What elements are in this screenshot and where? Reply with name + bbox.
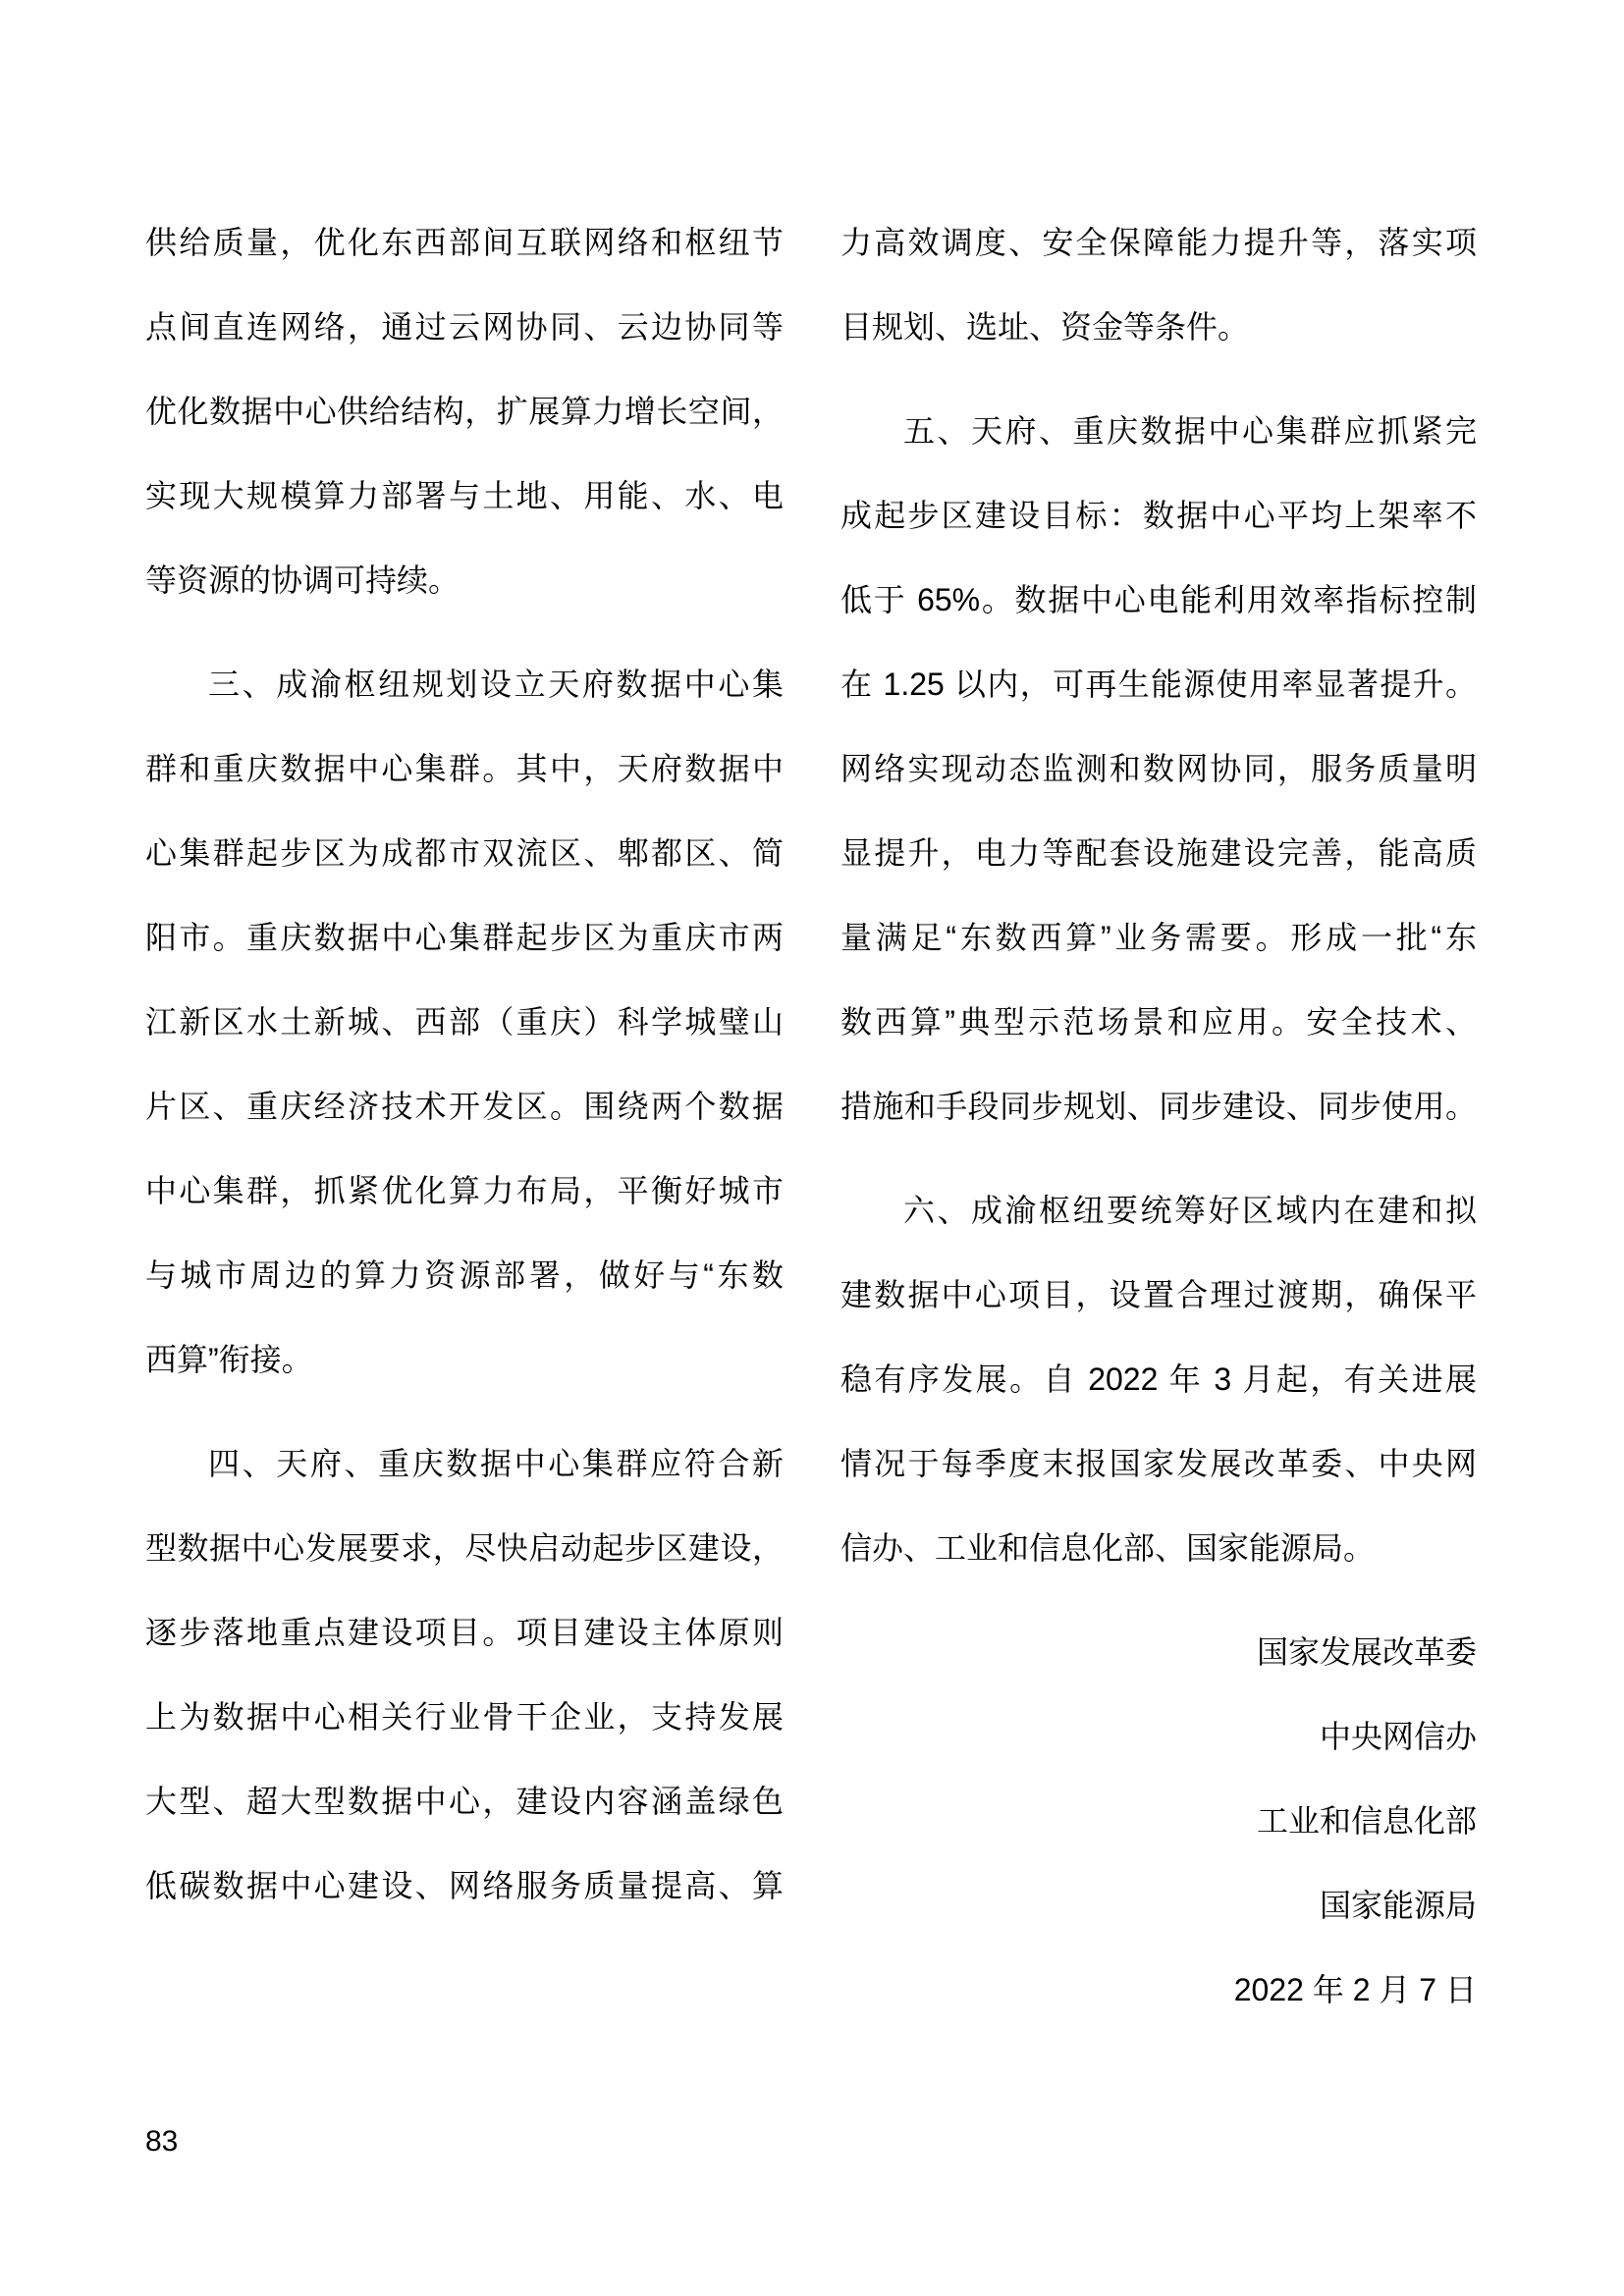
document-text-line: 信办、工业和信息化部、国家能源局。 — [840, 1506, 1477, 1590]
document-text-line: 片区、重庆经济技术开发区。围绕两个数据 — [145, 1064, 784, 1148]
document-text-line: 群和重庆数据中心集群。其中，天府数据中 — [145, 726, 784, 811]
document-text-line: 四、天府、重庆数据中心集群应符合新 — [145, 1421, 784, 1506]
document-text-line: 中心集群，抓紧优化算力布局，平衡好城市 — [145, 1148, 784, 1233]
right-text-column: 力高效调度、安全保障能力提升等，落实项目规划、选址、资金等条件。五、天府、重庆数… — [840, 200, 1477, 2032]
document-text-line: 网络实现动态监测和数网协同，服务质量明 — [840, 726, 1477, 811]
document-text-line: 力高效调度、安全保障能力提升等，落实项 — [840, 200, 1477, 285]
document-text-line: 建数据中心项目，设置合理过渡期，确保平 — [840, 1253, 1477, 1337]
document-text-line: 在 1.25 以内，可再生能源使用率显著提升。 — [840, 642, 1477, 726]
document-text-line: 措施和手段同步规划、同步建设、同步使用。 — [840, 1064, 1477, 1148]
date-line: 2022 年 2 月 7 日 — [840, 1948, 1477, 2032]
document-text-line: 西算”衔接。 — [145, 1317, 784, 1402]
document-text-line: 成起步区建设目标：数据中心平均上架率不 — [840, 473, 1477, 558]
document-text-line: 数西算”典型示范场景和应用。安全技术、 — [840, 980, 1477, 1064]
document-text-line: 点间直连网络，通过云网协同、云边协同等 — [145, 285, 784, 369]
document-text-line: 大型、超大型数据中心，建设内容涵盖绿色 — [145, 1759, 784, 1843]
document-text-line: 心集群起步区为成都市双流区、郫都区、简 — [145, 811, 784, 895]
document-text-line: 优化数据中心供给结构，扩展算力增长空间， — [145, 369, 784, 454]
signatory-line: 工业和信息化部 — [840, 1779, 1477, 1863]
document-text-line: 型数据中心发展要求，尽快启动起步区建设， — [145, 1506, 784, 1590]
document-text-line: 逐步落地重点建设项目。项目建设主体原则 — [145, 1590, 784, 1675]
document-text-line: 与城市周边的算力资源部署，做好与“东数 — [145, 1233, 784, 1317]
signatory-line: 国家发展改革委 — [840, 1610, 1477, 1694]
document-text-line: 稳有序发展。自 2022 年 3 月起，有关进展 — [840, 1337, 1477, 1421]
document-text-line: 上为数据中心相关行业骨干企业，支持发展 — [145, 1675, 784, 1759]
signatory-line: 中央网信办 — [840, 1694, 1477, 1779]
left-text-column: 供给质量，优化东西部间互联网络和枢纽节点间直连网络，通过云网协同、云边协同等优化… — [145, 200, 784, 1928]
document-text-line: 阳市。重庆数据中心集群起步区为重庆市两 — [145, 895, 784, 980]
document-text-line: 实现大规模算力部署与土地、用能、水、电 — [145, 454, 784, 538]
document-text-line: 目规划、选址、资金等条件。 — [840, 285, 1477, 369]
document-text-line: 五、天府、重庆数据中心集群应抓紧完 — [840, 389, 1477, 473]
document-text-line: 等资源的协调可持续。 — [145, 538, 784, 622]
document-text-line: 三、成渝枢纽规划设立天府数据中心集 — [145, 642, 784, 726]
document-text-line: 供给质量，优化东西部间互联网络和枢纽节 — [145, 200, 784, 285]
document-text-line: 六、成渝枢纽要统筹好区域内在建和拟 — [840, 1168, 1477, 1253]
document-text-line: 量满足“东数西算”业务需要。形成一批“东 — [840, 895, 1477, 980]
signatory-line: 国家能源局 — [840, 1863, 1477, 1948]
document-text-line: 低于 65%。数据中心电能利用效率指标控制 — [840, 558, 1477, 642]
document-text-line: 江新区水土新城、西部（重庆）科学城璧山 — [145, 980, 784, 1064]
page-number: 83 — [145, 2122, 178, 2162]
document-page: 供给质量，优化东西部间互联网络和枢纽节点间直连网络，通过云网协同、云边协同等优化… — [0, 0, 1624, 2296]
document-text-line: 显提升，电力等配套设施建设完善，能高质 — [840, 811, 1477, 895]
document-text-line: 低碳数据中心建设、网络服务质量提高、算 — [145, 1843, 784, 1928]
document-text-line: 情况于每季度末报国家发展改革委、中央网 — [840, 1421, 1477, 1506]
